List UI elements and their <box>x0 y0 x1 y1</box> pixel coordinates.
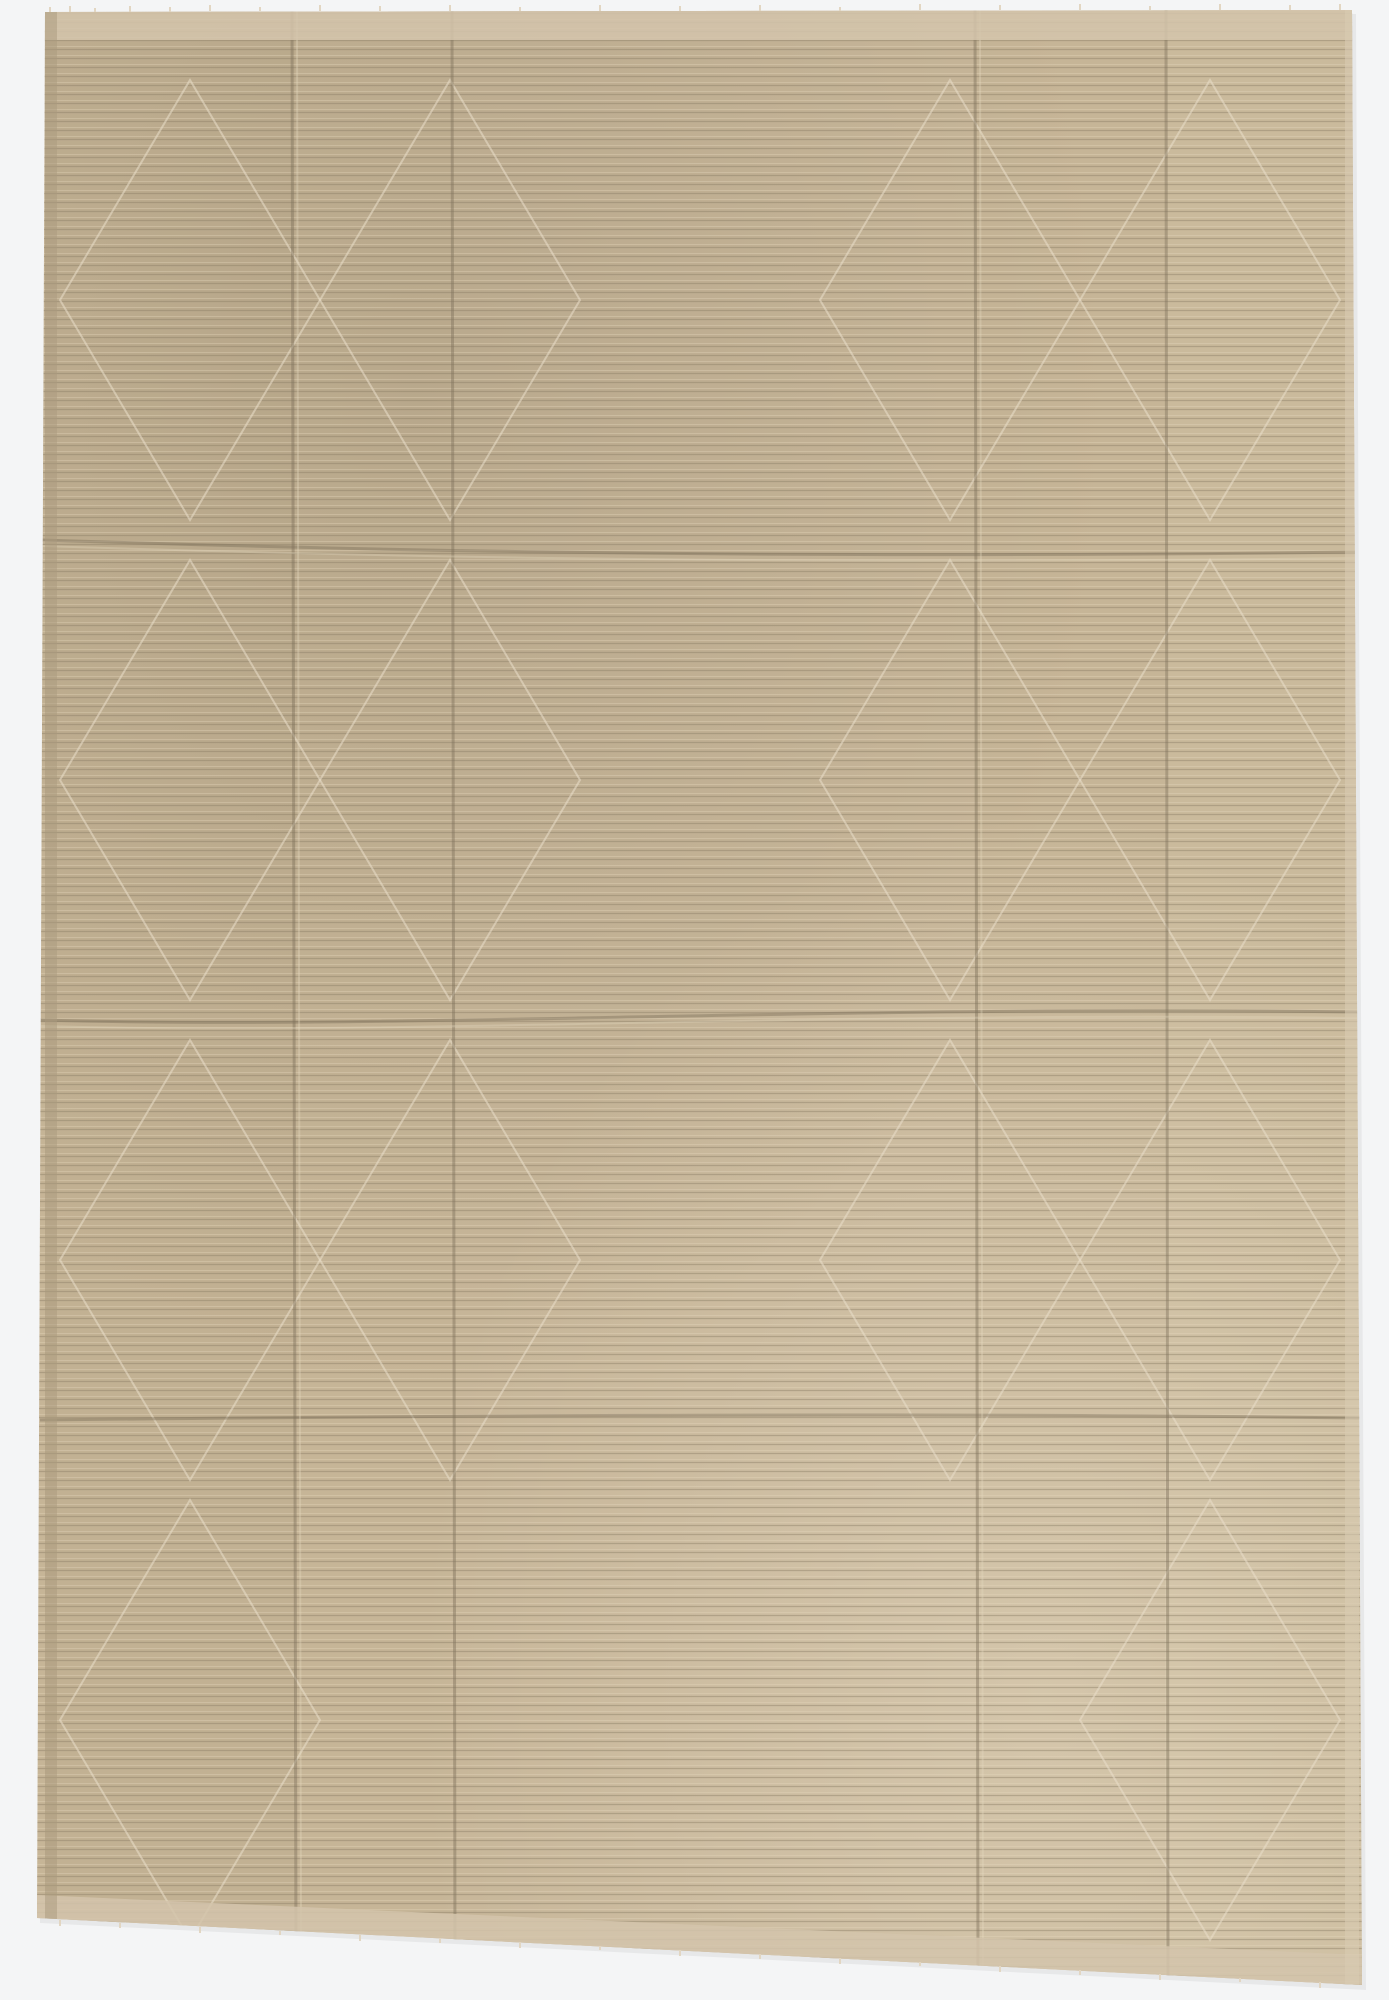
top-end-border <box>0 10 1389 40</box>
rug-photo <box>0 0 1389 2000</box>
rug-body <box>0 0 1389 2000</box>
